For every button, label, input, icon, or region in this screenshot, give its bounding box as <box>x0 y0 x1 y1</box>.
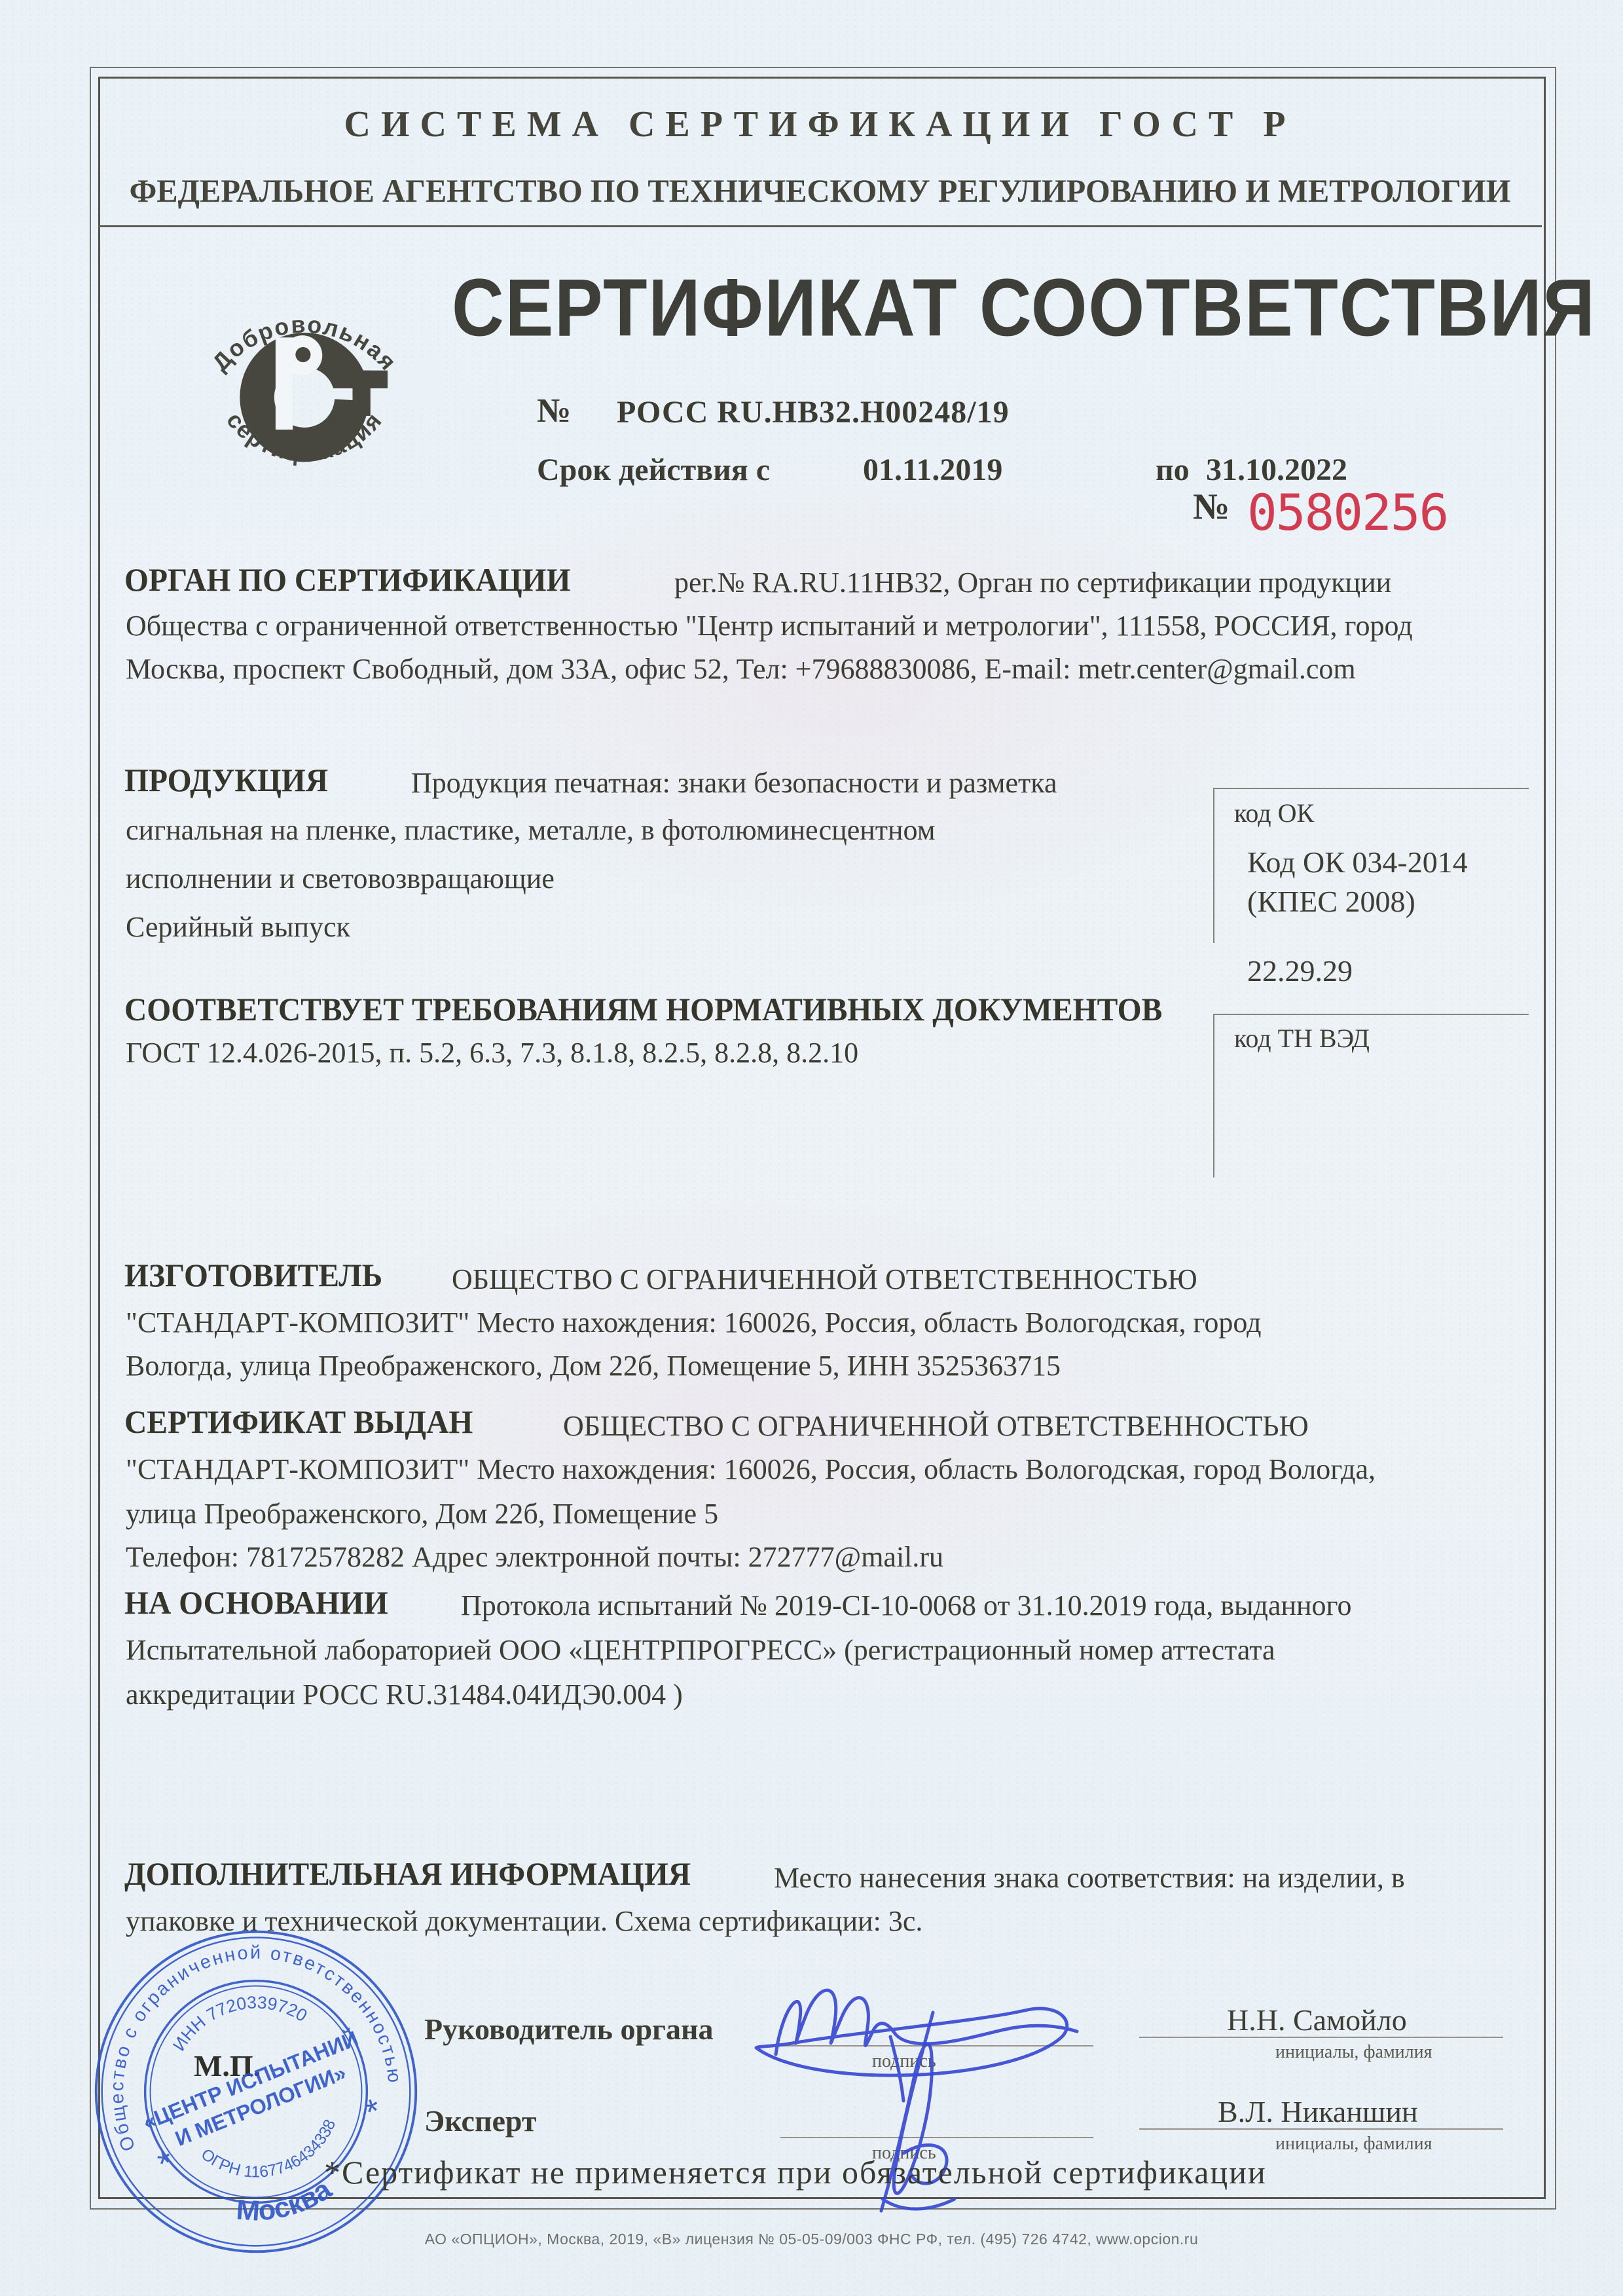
issued-to-contact: Телефон: 78172578282 Адрес электронной п… <box>126 1540 943 1574</box>
certification-body-intro: рег.№ RA.RU.11HB32, Орган по сертификаци… <box>674 566 1391 599</box>
rst-mark <box>257 335 442 445</box>
head-role-label: Руководитель органа <box>424 2012 713 2046</box>
stamp-inn: ИНН 7720339720 <box>161 1978 314 2058</box>
expert-name-line <box>1139 2097 1503 2130</box>
product-intro: Продукция печатная: знаки безопасности и… <box>411 766 1057 800</box>
ok-code-line1: Код ОК 034-2014 <box>1247 845 1468 880</box>
head-name-caption: инициалы, фамилия <box>1275 2042 1432 2063</box>
issued-to-line2: "СТАНДАРТ-КОМПОЗИТ" Место нахождения: 16… <box>126 1453 1376 1486</box>
manufacturer-line3: Вологда, улица Преображенского, Дом 22б,… <box>126 1349 1061 1382</box>
page-title: СЕРТИФИКАТ СООТВЕТСТВИЯ <box>452 261 1596 355</box>
compliance-label: СООТВЕТСТВУЕТ ТРЕБОВАНИЯМ НОРМАТИВНЫХ ДО… <box>124 990 1162 1028</box>
certification-body-line3: Москва, проспект Свободный, дом 33А, офи… <box>126 652 1356 686</box>
ok-code-label: код ОК <box>1234 798 1314 828</box>
expert-signature-line <box>780 2105 1093 2138</box>
issued-to-intro: ОБЩЕСТВО С ОГРАНИЧЕННОЙ ОТВЕТСТВЕННОСТЬЮ <box>563 1409 1309 1443</box>
blank-number-value: 0580256 <box>1247 483 1448 542</box>
rst-logo: Добровольная сертификация <box>167 237 442 512</box>
product-label: ПРОДУКЦИЯ <box>124 761 328 799</box>
head-name-line <box>1139 2005 1503 2038</box>
certification-body-line2: Общества с ограниченной ответственностью… <box>126 609 1413 642</box>
tnved-code-label: код ТН ВЭД <box>1234 1023 1370 1054</box>
head-signature-caption: подпись <box>872 2051 936 2072</box>
product-line2: сигнальная на пленке, пластике, металле,… <box>126 813 936 847</box>
blank-number-sign: № <box>1193 486 1230 528</box>
expert-role-label: Эксперт <box>424 2103 536 2138</box>
ok-code-value: 22.29.29 <box>1247 954 1353 988</box>
head-signature-line <box>780 2014 1093 2046</box>
round-stamp: Общество с ограниченной ответственностью… <box>88 1924 424 2259</box>
additional-info-intro: Место нанесения знака соответствия: на и… <box>774 1861 1405 1895</box>
certificate-page: СИСТЕМА СЕРТИФИКАЦИИ ГОСТ Р ФЕДЕРАЛЬНОЕ … <box>0 0 1623 2296</box>
product-line3: исполнении и световозвращающие <box>126 862 555 895</box>
additional-info-label: ДОПОЛНИТЕЛЬНАЯ ИНФОРМАЦИЯ <box>124 1855 691 1893</box>
issued-to-label: СЕРТИФИКАТ ВЫДАН <box>124 1403 473 1441</box>
agency-title: ФЕДЕРАЛЬНОЕ АГЕНТСТВО ПО ТЕХНИЧЕСКОМУ РЕ… <box>120 172 1520 210</box>
validity-label: Срок действия с <box>537 452 770 488</box>
certification-body-label: ОРГАН ПО СЕРТИФИКАЦИИ <box>124 561 570 599</box>
cert-number-label: № <box>537 392 571 430</box>
validity-to-label: по <box>1156 452 1190 488</box>
print-footer: АО «ОПЦИОН», Москва, 2019, «В» лицензия … <box>0 2231 1623 2248</box>
basis-label: НА ОСНОВАНИИ <box>124 1583 388 1621</box>
header-divider <box>98 225 1542 227</box>
stamp-asterisk-left: * <box>154 2143 176 2184</box>
basis-line3: аккредитации РОСС RU.31484.04ИДЭ0.004 ) <box>126 1678 683 1711</box>
product-serial: Серийный выпуск <box>126 910 350 944</box>
basis-intro: Протокола испытаний № 2019-CI-10-0068 от… <box>461 1589 1352 1622</box>
expert-name-caption: инициалы, фамилия <box>1275 2134 1432 2155</box>
ok-code-line2: (КПЕС 2008) <box>1247 884 1415 919</box>
validity-from-date: 01.11.2019 <box>863 452 1002 488</box>
mandatory-certification-note: *Сертификат не применяется при обязатель… <box>324 2153 1267 2191</box>
compliance-body: ГОСТ 12.4.026-2015, п. 5.2, 6.3, 7.3, 8.… <box>126 1036 858 1069</box>
system-title: СИСТЕМА СЕРТИФИКАЦИИ ГОСТ Р <box>98 103 1542 145</box>
manufacturer-label: ИЗГОТОВИТЕЛЬ <box>124 1256 382 1294</box>
manufacturer-line2: "СТАНДАРТ-КОМПОЗИТ" Место нахождения: 16… <box>126 1306 1262 1339</box>
issued-to-line3: улица Преображенского, Дом 22б, Помещени… <box>126 1497 718 1530</box>
basis-line2: Испытательной лабораторией ООО «ЦЕНТРПРО… <box>126 1633 1275 1667</box>
validity-to-date: 31.10.2022 <box>1206 452 1347 488</box>
cert-number-value: РОСС RU.HB32.H00248/19 <box>617 394 1010 430</box>
manufacturer-intro: ОБЩЕСТВО С ОГРАНИЧЕННОЙ ОТВЕТСТВЕННОСТЬЮ <box>452 1263 1197 1296</box>
